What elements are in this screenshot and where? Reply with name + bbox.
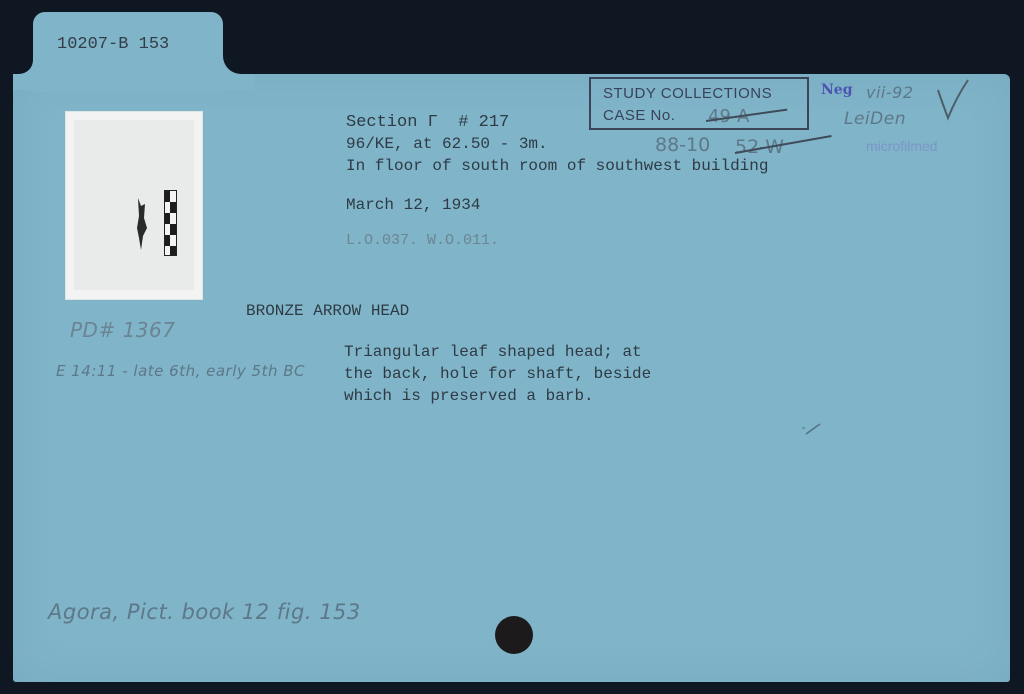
codes-line: L.O.037. W.O.011.	[346, 232, 499, 249]
punch-hole	[495, 616, 533, 654]
study-collections-stamp: STUDY COLLECTIONS CASE No.	[589, 77, 809, 130]
scan-background: 10207-B 153 Section Γ # 217 96/KE, at 62…	[0, 0, 1024, 694]
location-line: 96/KE, at 62.50 - 3m.	[346, 135, 548, 153]
stamp-title: STUDY COLLECTIONS	[603, 85, 772, 102]
stamp-case-label: CASE No.	[603, 107, 675, 124]
description-line-3: which is preserved a barb.	[344, 387, 594, 405]
pd-number: PD# 1367	[70, 318, 175, 342]
checkmark-icon	[936, 78, 970, 122]
scale-bar	[164, 190, 177, 256]
object-title: BRONZE ARROW HEAD	[246, 302, 409, 320]
inventory-number: 10207-B 153	[57, 35, 169, 54]
negative-number: vii-92	[866, 83, 914, 102]
object-photo	[66, 112, 202, 299]
microfilmed-stamp: microfilmed	[866, 138, 938, 154]
context-line: In floor of south room of southwest buil…	[346, 157, 768, 175]
dating-note: E 14:11 - late 6th, early 5th BC	[56, 362, 305, 380]
date-line: March 12, 1934	[346, 196, 480, 214]
description-line-1: Triangular leaf shaped head; at	[344, 343, 642, 361]
publication-reference: Agora, Pict. book 12 fig. 153	[48, 600, 361, 624]
description-line-2: the back, hole for shaft, beside	[344, 365, 651, 383]
handwritten-name: LeiDen	[844, 109, 906, 129]
case-number-current: 88-10	[655, 134, 710, 156]
section-line: Section Γ # 217	[346, 113, 509, 132]
arrowhead-photo-icon	[136, 198, 148, 250]
pencil-mark	[800, 420, 830, 440]
negative-label: Neg	[821, 82, 853, 98]
photo-print	[74, 120, 194, 290]
